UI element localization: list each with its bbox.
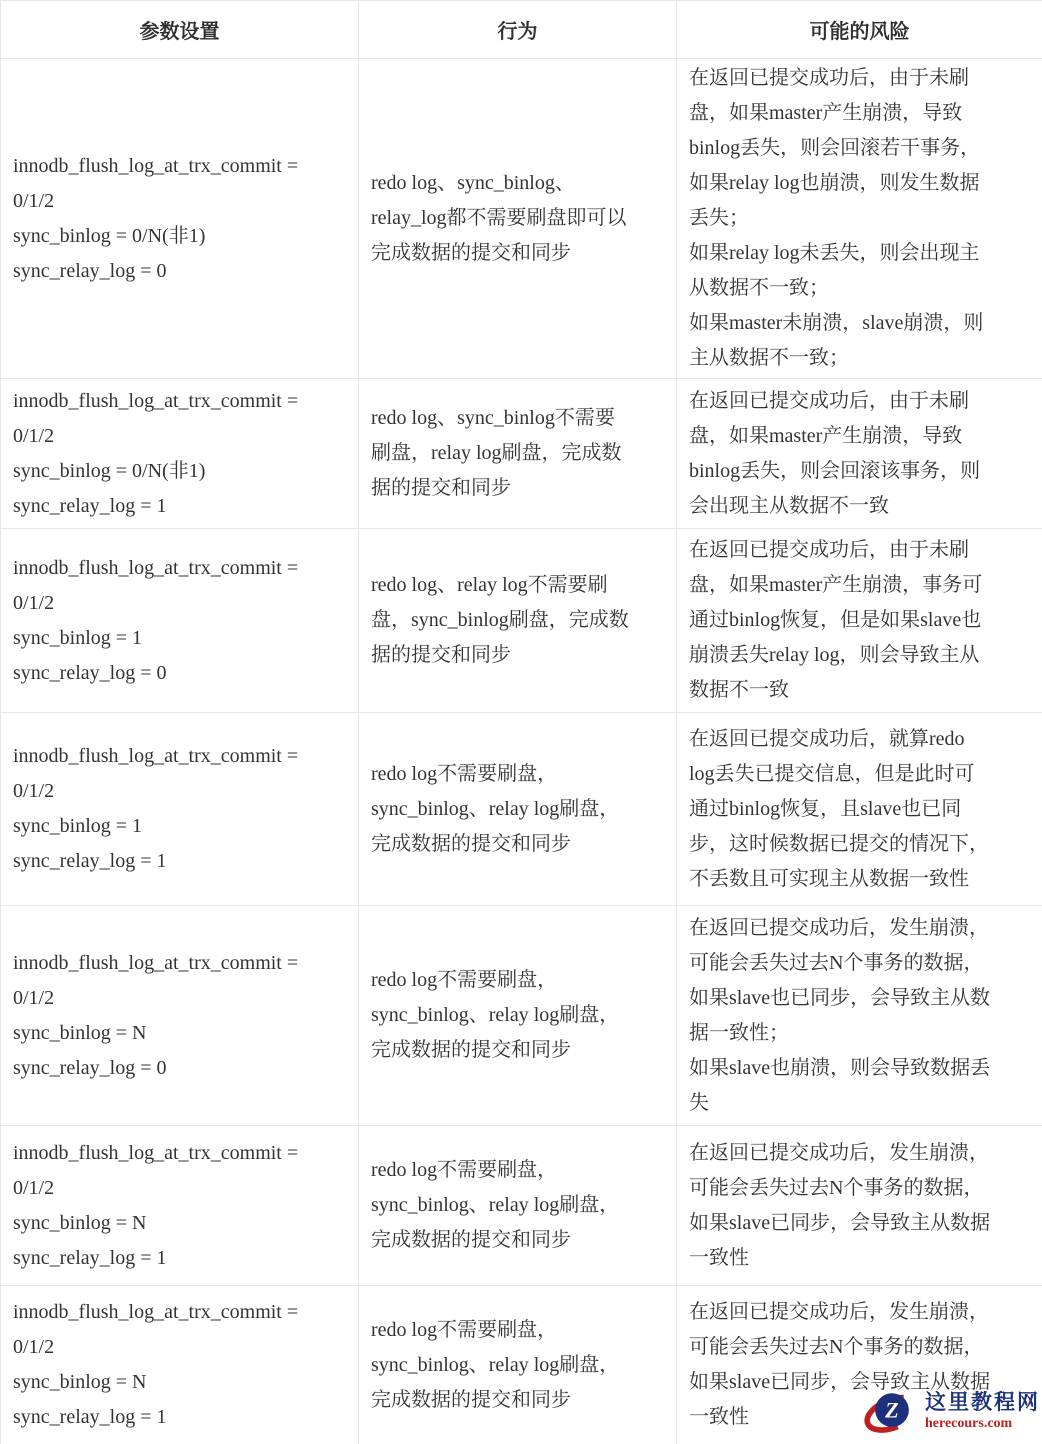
flush-params-risk-table: 参数设置 行为 可能的风险 innodb_flush_log_at_trx_co… (0, 0, 1042, 1444)
params-cell: innodb_flush_log_at_trx_commit = 0/1/2 s… (1, 59, 359, 379)
table-row: innodb_flush_log_at_trx_commit = 0/1/2 s… (1, 906, 1042, 1126)
params-cell: innodb_flush_log_at_trx_commit = 0/1/2 s… (1, 529, 359, 713)
col-header-behavior: 行为 (359, 1, 677, 59)
behavior-cell: redo log不需要刷盘， sync_binlog、relay log刷盘， … (359, 1286, 677, 1444)
watermark: Z 这里教程网 herecours.com (864, 1383, 1040, 1439)
logo-letter: Z (884, 1398, 899, 1423)
risk-cell: 在返回已提交成功后，由于未刷 盘，如果master产生崩溃，导致 binlog丢… (677, 379, 1042, 529)
table-row: innodb_flush_log_at_trx_commit = 0/1/2 s… (1, 1126, 1042, 1286)
table-row: innodb_flush_log_at_trx_commit = 0/1/2 s… (1, 713, 1042, 906)
header-row: 参数设置 行为 可能的风险 (1, 1, 1042, 59)
behavior-cell: redo log、relay log不需要刷 盘，sync_binlog刷盘，完… (359, 529, 677, 713)
params-cell: innodb_flush_log_at_trx_commit = 0/1/2 s… (1, 906, 359, 1126)
table-row: innodb_flush_log_at_trx_commit = 0/1/2 s… (1, 529, 1042, 713)
col-header-risk: 可能的风险 (677, 1, 1042, 59)
watermark-text-block: 这里教程网 herecours.com (925, 1391, 1040, 1431)
params-cell: innodb_flush_log_at_trx_commit = 0/1/2 s… (1, 1126, 359, 1286)
table-row: innodb_flush_log_at_trx_commit = 0/1/2 s… (1, 379, 1042, 529)
behavior-cell: redo log不需要刷盘， sync_binlog、relay log刷盘， … (359, 1126, 677, 1286)
behavior-cell: redo log不需要刷盘， sync_binlog、relay log刷盘， … (359, 906, 677, 1126)
risk-cell: 在返回已提交成功后，由于未刷 盘，如果master产生崩溃，事务可 通过binl… (677, 529, 1042, 713)
risk-cell: 在返回已提交成功后，发生崩溃， 可能会丢失过去N个事务的数据， 如果slave也… (677, 906, 1042, 1126)
site-logo-icon: Z (864, 1383, 920, 1439)
risk-cell: 在返回已提交成功后，由于未刷 盘，如果master产生崩溃，导致 binlog丢… (677, 59, 1042, 379)
table-row: innodb_flush_log_at_trx_commit = 0/1/2 s… (1, 59, 1042, 379)
watermark-site-url: herecours.com (925, 1416, 1040, 1431)
behavior-cell: redo log、sync_binlog不需要 刷盘，relay log刷盘，完… (359, 379, 677, 529)
risk-cell: 在返回已提交成功后，就算redo log丢失已提交信息，但是此时可 通过binl… (677, 713, 1042, 906)
mysql-params-table-page: 参数设置 行为 可能的风险 innodb_flush_log_at_trx_co… (0, 0, 1042, 1444)
watermark-site-name: 这里教程网 (925, 1391, 1040, 1414)
params-cell: innodb_flush_log_at_trx_commit = 0/1/2 s… (1, 1286, 359, 1444)
behavior-cell: redo log、sync_binlog、 relay_log都不需要刷盘即可以… (359, 59, 677, 379)
behavior-cell: redo log不需要刷盘， sync_binlog、relay log刷盘， … (359, 713, 677, 906)
params-cell: innodb_flush_log_at_trx_commit = 0/1/2 s… (1, 379, 359, 529)
params-cell: innodb_flush_log_at_trx_commit = 0/1/2 s… (1, 713, 359, 906)
risk-cell: 在返回已提交成功后，发生崩溃， 可能会丢失过去N个事务的数据， 如果slave已… (677, 1126, 1042, 1286)
col-header-params: 参数设置 (1, 1, 359, 59)
